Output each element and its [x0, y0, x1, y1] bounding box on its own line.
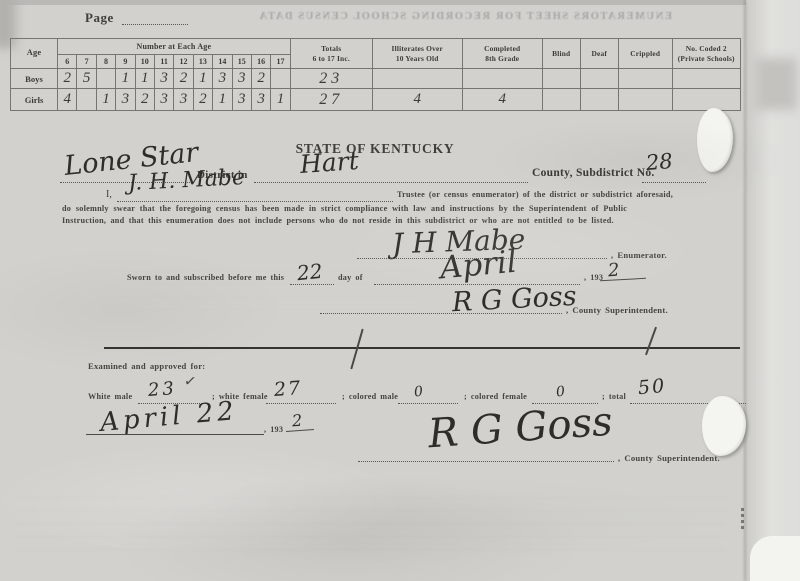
count-cell: 2 — [135, 89, 154, 111]
trustee-name-line — [117, 201, 393, 202]
check-icon: ✓ — [183, 373, 198, 390]
age-header: Age — [11, 39, 58, 69]
count-cell: 3 — [251, 89, 270, 111]
count-cell: 1 — [213, 89, 232, 111]
count-cell: 3 — [174, 89, 193, 111]
deaf-header-line1: Deaf — [581, 49, 618, 58]
count-cell: 5 — [77, 69, 96, 89]
boys-blind-cell — [542, 69, 580, 89]
girls-8th-grade-cell: 4 — [462, 89, 542, 111]
paper-hole-bottom — [702, 396, 746, 456]
approval-signature-label: , County Superintendent. — [618, 453, 720, 463]
age-col-10: 10 — [135, 55, 154, 69]
bleedthrough-texture-bottom — [15, 486, 725, 550]
year-suffix-sworn-handwritten: 2 — [607, 262, 620, 281]
trustee-name-handwritten: J. H. Mabe — [128, 167, 246, 195]
section-divider — [104, 347, 740, 349]
boys-illiterates-cell — [372, 69, 462, 89]
oath-line-1: do solemnly swear that the foregoing cen… — [62, 204, 756, 213]
count-cell: 4 — [58, 89, 77, 111]
count-cell: 1 — [271, 89, 290, 111]
mirrored-bleed-title: ENUMERATORS SHEET FOR RECORDING SCHOOL C… — [150, 11, 780, 22]
superintendent-label: , County Superintendent. — [566, 305, 668, 315]
count-cell — [77, 89, 96, 111]
girls-crippled-cell — [618, 89, 672, 111]
edge-tick-marks — [741, 505, 744, 529]
totals-header: Totals6 to 17 Inc. — [290, 39, 372, 69]
oath-line-2: Instruction, and that this enumeration d… — [62, 216, 756, 225]
age-col-15: 15 — [232, 55, 251, 69]
boys-total-cell: 23 — [290, 69, 372, 89]
year-approval-strike — [286, 429, 314, 432]
approval-signature: R G Goss — [427, 402, 614, 455]
age-col-8: 8 — [96, 55, 115, 69]
census-table: Age Number at Each Age Totals6 to 17 Inc… — [10, 38, 741, 111]
white-female-value: 27 — [273, 379, 302, 400]
approval-date-line — [86, 434, 264, 435]
blind-header-line1: Blind — [543, 49, 580, 58]
approval-signature-line — [358, 461, 614, 462]
trustee-label: Trustee (or census enumerator) of the di… — [397, 190, 673, 199]
subdistrict-number-line — [642, 182, 706, 183]
count-cell: 3 — [232, 69, 251, 89]
illiterates-header: Illiterates Over10 Years Old — [372, 39, 462, 69]
paper-hole-top — [697, 108, 733, 172]
year-suffix-approval-handwritten: 2 — [291, 413, 302, 430]
age-col-13: 13 — [193, 55, 212, 69]
group-header: Number at Each Age — [58, 39, 291, 55]
colored-male-line — [398, 403, 458, 404]
total-value: 50 — [637, 377, 667, 398]
boys-8th-grade-cell — [462, 69, 542, 89]
sworn-day-line — [290, 284, 334, 285]
check-stroke-icon — [350, 329, 363, 370]
white-male-value: 23 — [147, 380, 177, 400]
illiterates-header-line2: 10 Years Old — [373, 54, 462, 63]
sworn-day-handwritten: 22 — [296, 261, 323, 284]
count-cell: 3 — [232, 89, 251, 111]
count-cell: 2 — [193, 89, 212, 111]
county-name-handwritten: Hart — [299, 148, 359, 177]
county-name-line — [254, 182, 528, 183]
boys-deaf-cell — [580, 69, 618, 89]
totals-header-line1: Totals — [291, 44, 372, 53]
count-cell: 1 — [96, 89, 115, 111]
i-label: I, — [106, 189, 112, 200]
bottom-right-white-corner — [750, 536, 800, 581]
age-col-17: 17 — [271, 55, 290, 69]
count-cell: 2 — [174, 69, 193, 89]
completed-8th-header-line1: Completed — [463, 44, 542, 53]
count-cell — [96, 69, 115, 89]
page-number-line — [122, 24, 188, 25]
colored-female-value: 0 — [555, 385, 565, 400]
age-col-7: 7 — [77, 55, 96, 69]
illiterates-header-line1: Illiterates Over — [373, 44, 462, 53]
year-prefix-approval: , 193 — [264, 425, 283, 434]
white-male-label: White male — [88, 392, 132, 401]
sworn-label: Sworn to and subscribed before me this — [127, 273, 284, 282]
girls-row-label: Girls — [11, 89, 58, 111]
completed-8th-header: Completed8th Grade — [462, 39, 542, 69]
count-cell: 1 — [116, 69, 135, 89]
crippled-header-line1: Crippled — [619, 49, 672, 58]
boys-row-label: Boys — [11, 69, 58, 89]
totals-header-line2: 6 to 17 Inc. — [291, 54, 372, 63]
approval-date-handwritten: April 22 — [99, 398, 239, 436]
scanned-census-document: ENUMERATORS SHEET FOR RECORDING SCHOOL C… — [0, 0, 800, 581]
no-coded-header: No. Coded 2(Private Schools) — [672, 39, 740, 69]
colored-male-value: 0 — [413, 385, 423, 400]
boys-coded-cell — [672, 69, 740, 89]
white-female-line — [266, 403, 336, 404]
age-col-6: 6 — [58, 55, 77, 69]
count-cell: 3 — [154, 89, 173, 111]
count-cell: 1 — [193, 69, 212, 89]
subdistrict-number-handwritten: 28 — [645, 151, 673, 174]
age-col-14: 14 — [213, 55, 232, 69]
superintendent-signature: R G Goss — [451, 283, 577, 316]
count-cell: 3 — [154, 69, 173, 89]
count-cell: 2 — [58, 69, 77, 89]
girls-coded-cell — [672, 89, 740, 111]
check-stroke-icon — [645, 327, 657, 356]
census-table-wrap: Age Number at Each Age Totals6 to 17 Inc… — [10, 38, 741, 111]
superintendent-signature-line — [320, 313, 562, 314]
right-strip-smudge — [755, 58, 797, 110]
page-right-edge — [744, 0, 746, 581]
girls-illiterates-cell: 4 — [372, 89, 462, 111]
colored-female-label: ; colored female — [464, 392, 527, 401]
count-cell: 1 — [135, 69, 154, 89]
girls-deaf-cell — [580, 89, 618, 111]
day-of-label: day of — [338, 273, 363, 282]
county-subdistrict-label: County, Subdistrict No. — [532, 167, 655, 179]
deaf-header: Deaf — [580, 39, 618, 69]
approval-heading: Examined and approved for: — [88, 361, 205, 371]
top-edge-shadow — [0, 0, 800, 5]
age-col-9: 9 — [116, 55, 135, 69]
sworn-month-handwritten: April — [439, 247, 518, 285]
age-col-16: 16 — [251, 55, 270, 69]
girls-blind-cell — [542, 89, 580, 111]
colored-male-label: ; colored male — [342, 392, 398, 401]
age-col-12: 12 — [174, 55, 193, 69]
count-cell: 3 — [116, 89, 135, 111]
year-strike — [600, 278, 646, 281]
count-cell: 3 — [213, 69, 232, 89]
boys-crippled-cell — [618, 69, 672, 89]
count-cell: 2 — [251, 69, 270, 89]
enumerator-label: , Enumerator. — [611, 250, 667, 260]
completed-8th-header-line2: 8th Grade — [463, 54, 542, 63]
age-col-11: 11 — [154, 55, 173, 69]
girls-total-cell: 27 — [290, 89, 372, 111]
blind-header: Blind — [542, 39, 580, 69]
no-coded-header-line1: No. Coded 2 — [673, 44, 740, 53]
crippled-header: Crippled — [618, 39, 672, 69]
no-coded-header-line2: (Private Schools) — [673, 54, 740, 63]
count-cell — [271, 69, 290, 89]
page-label: Page — [85, 10, 114, 26]
